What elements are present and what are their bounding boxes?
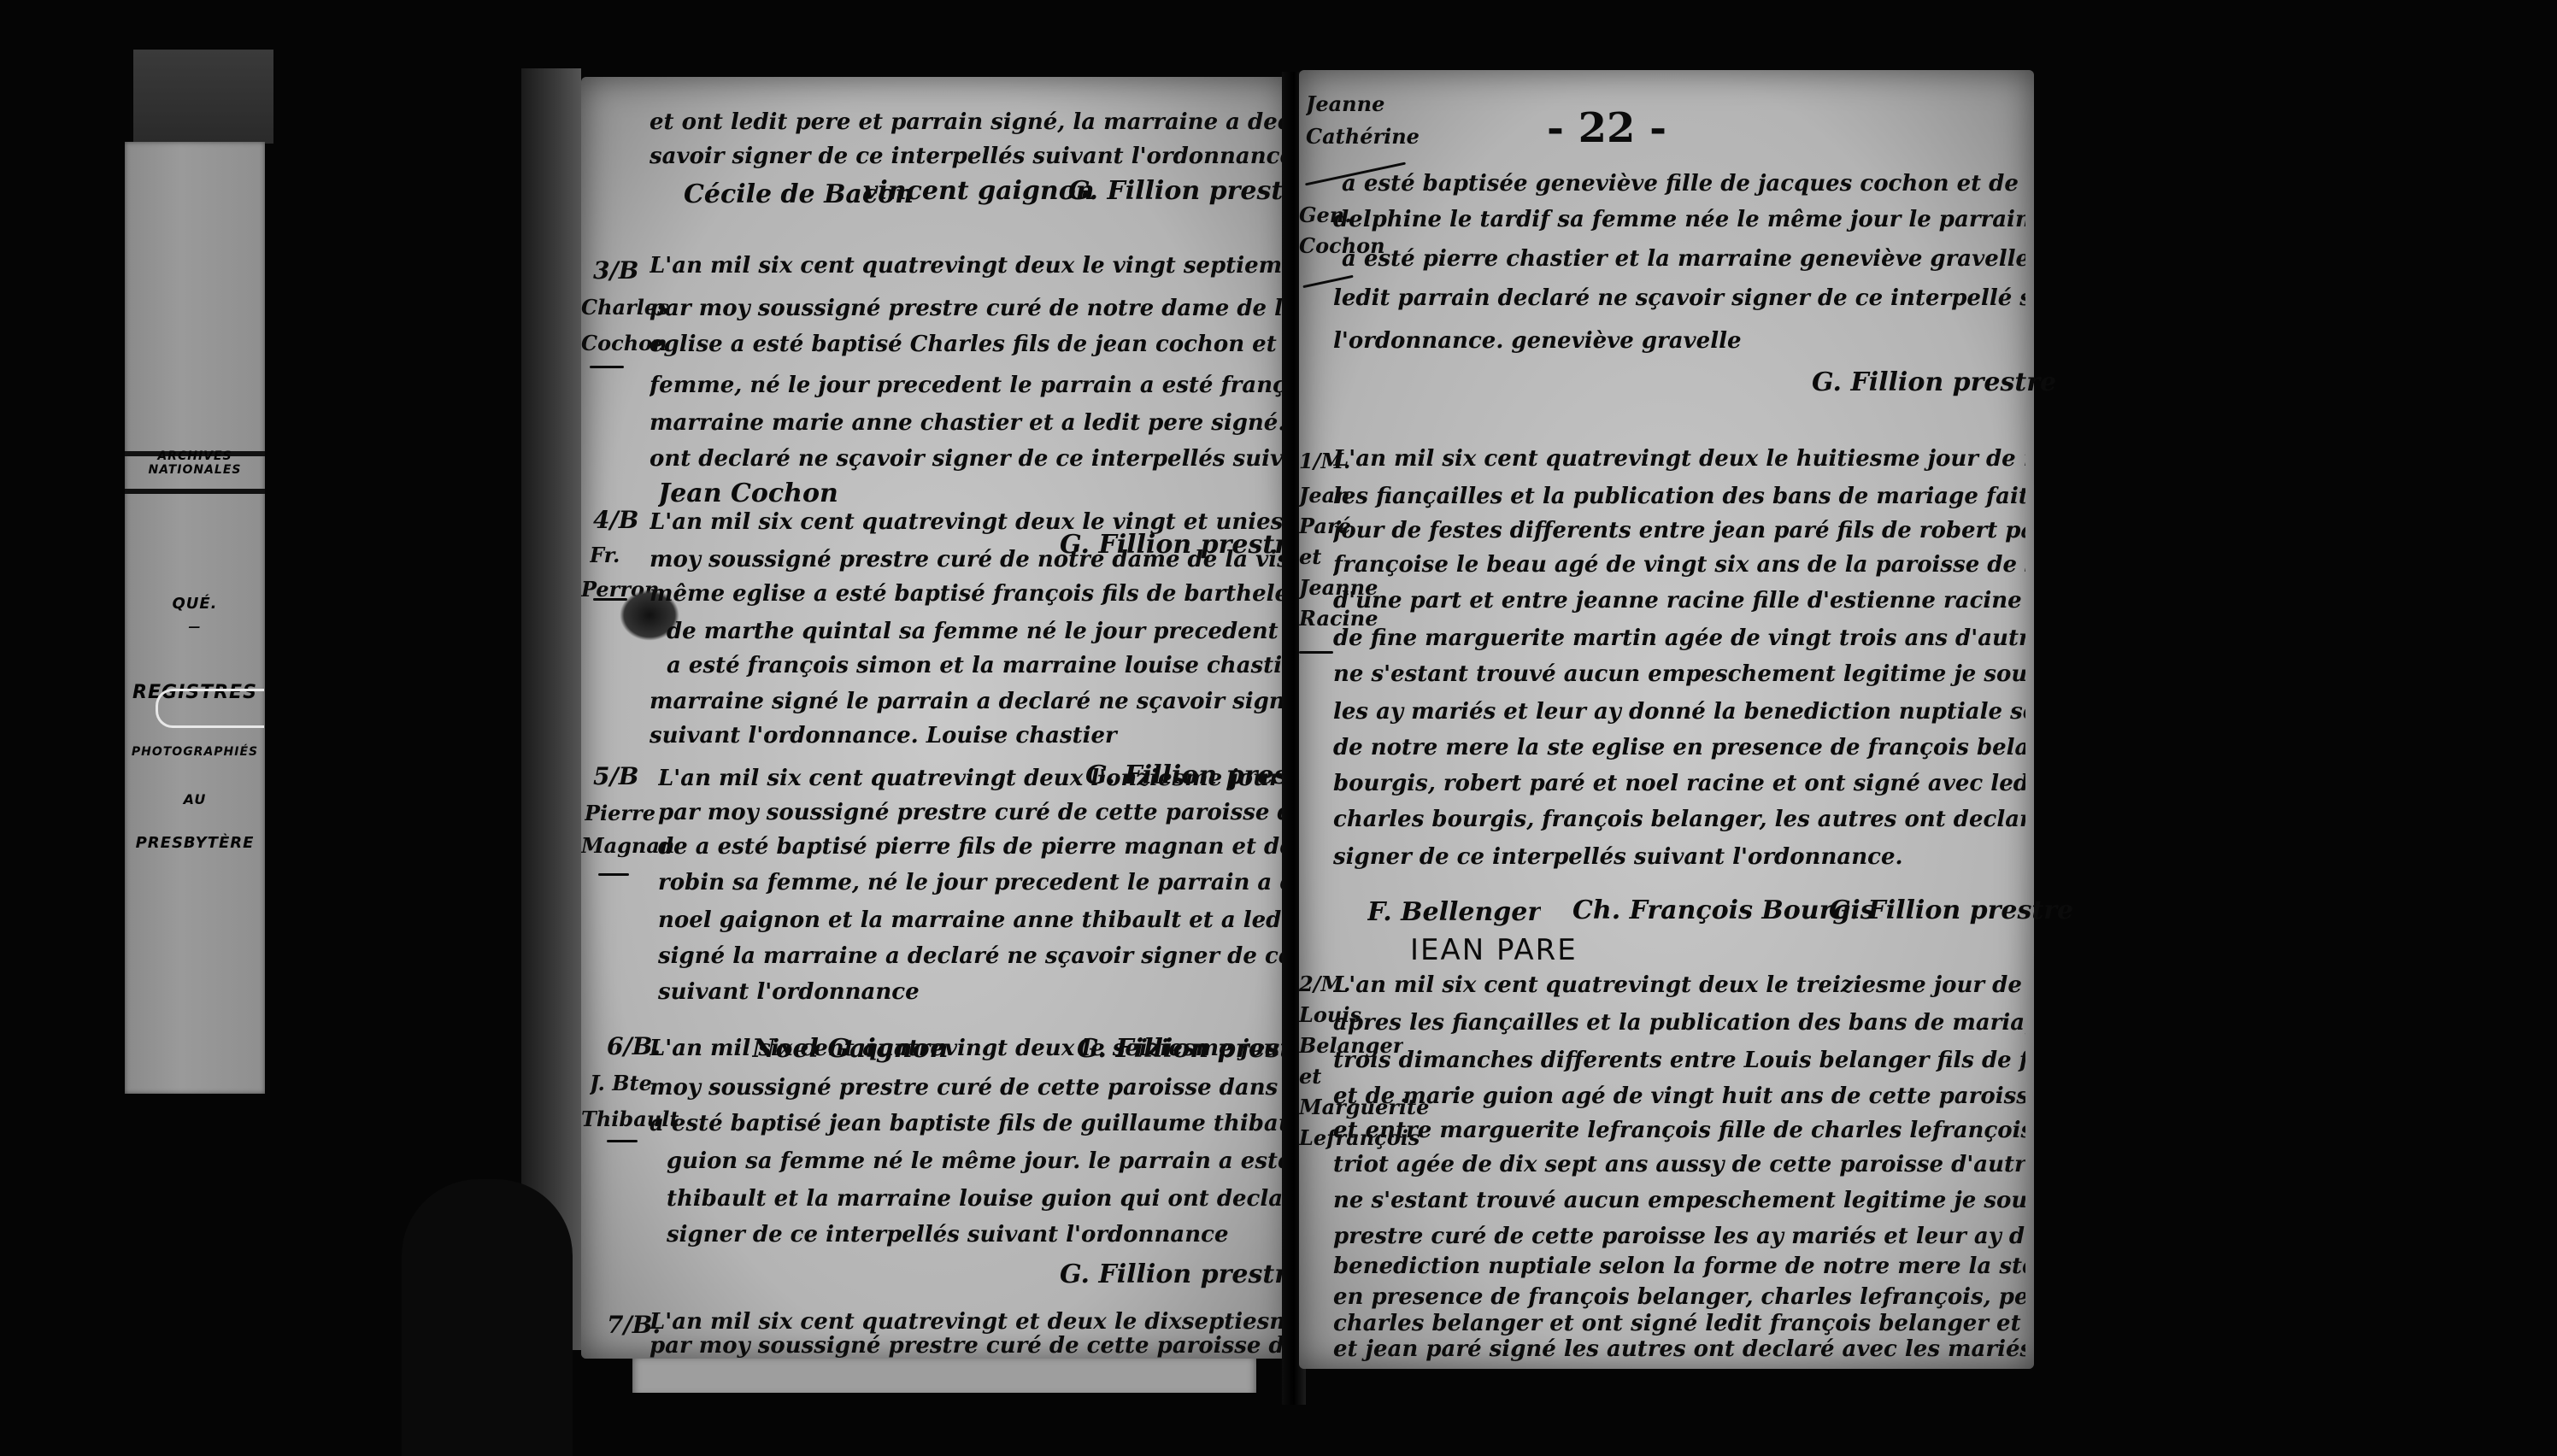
paper-clip-icon: [156, 689, 264, 728]
folio-number: - 22 -: [1547, 104, 1666, 152]
entry-line: robin sa femme, né le jour precedent le …: [658, 861, 1282, 904]
signature: G. Fillion prestre: [1829, 895, 2073, 925]
margin-rule: [607, 1140, 638, 1142]
margin-name: et: [1299, 1060, 1321, 1094]
strip-dash: —: [125, 620, 265, 634]
entry-line: L'an mil six cent quatrevingt deux le vi…: [650, 501, 1282, 543]
entry-line: L'an mil six cent quatrevingt deux le se…: [650, 1027, 1282, 1070]
entry-line: a esté baptisé jean baptiste fils de gui…: [650, 1102, 1282, 1145]
entry-line: ont declaré ne sçavoir signer de ce inte…: [650, 437, 1282, 480]
margin-name: Jeanne: [1306, 87, 1384, 121]
entry-line: charles belanger et ont signé ledit fran…: [1333, 1309, 2025, 1338]
entry-line: L'an mil six cent quatrevingt deux le vi…: [650, 244, 1282, 287]
entry-line: par moy soussigné prestre curé de cette …: [650, 1333, 1282, 1359]
entry-line: même eglise a esté baptisé françois fils…: [650, 572, 1282, 615]
binding-shadow: [402, 1179, 573, 1456]
entry-line: signer de ce interpellés suivant l'ordon…: [667, 1213, 1282, 1256]
margin-rule: [593, 598, 627, 601]
entry-line: charles bourgis, françois belanger, les …: [1333, 798, 2025, 841]
entry-line: apres les fiançailles et la publication …: [1333, 1001, 2025, 1044]
margin-name: et: [1299, 540, 1321, 574]
strip-line-presbytere: PRESBYTÈRE: [125, 834, 265, 852]
margin-name: Pierre: [585, 796, 655, 831]
entry-line: L'an mil six cent quatrevingt deux le tr…: [1333, 964, 2025, 1007]
margin-rule: [1299, 651, 1333, 654]
margin-name: J. Bte: [590, 1066, 652, 1101]
header-line: savoir signer de ce interpellés suivant …: [650, 135, 1302, 178]
entry-line: femme, né le jour precedent le parrain a…: [650, 364, 1282, 407]
signature: G. Fillion prestre: [1812, 367, 2056, 397]
strip-line-photographies: PHOTOGRAPHIÉS: [125, 745, 265, 759]
strip-line-1: ARCHIVES NATIONALES: [125, 449, 265, 477]
entry-line: L'an mil six cent quatrevingt deux le hu…: [1333, 437, 2025, 480]
entry-line: ledit parrain declaré ne sçavoir signer …: [1333, 277, 2025, 320]
entry-line: suivant l'ordonnance. Louise chastier: [650, 714, 1282, 757]
margin-name: Fr.: [590, 538, 620, 572]
entry-line: delphine le tardif sa femme née le même …: [1333, 198, 2025, 241]
entry-line: eglise a esté baptisé Charles fils de je…: [650, 323, 1282, 366]
signature: G. Fillion prestre: [1060, 1259, 1304, 1289]
margin-rule: [590, 366, 624, 368]
strip-line-au: AU: [125, 791, 265, 807]
signature: IEAN PARE: [1410, 933, 1578, 967]
strip-divider: [125, 489, 265, 494]
entry-line: benediction nuptiale selon la forme de n…: [1333, 1251, 2025, 1282]
entry-number: 4/B: [593, 506, 638, 534]
entry-line: d'une part et entre jeanne racine fille …: [1333, 579, 2025, 622]
entry-number: 3/B: [593, 256, 638, 285]
signature: G. Fillion prestre: [1068, 176, 1313, 206]
register-page-left: et ont ledit pere et parrain signé, la m…: [581, 77, 1290, 1359]
entry-line: l'ordonnance. geneviève gravelle: [1333, 320, 2025, 362]
signature: vincent gaignon: [863, 176, 1095, 206]
entry-line: signer de ce interpellés suivant l'ordon…: [1333, 836, 2025, 878]
register-page-right: - 22 - Jeanne Cathérine Gen. Cochon a es…: [1299, 70, 2034, 1369]
signature: F. Bellenger: [1367, 897, 1541, 927]
entry-line: ne s'estant trouvé aucun empeschement le…: [1333, 653, 2025, 696]
book-edge: [521, 68, 581, 1350]
label-strip-header: [133, 50, 273, 144]
strip-line-que: QUÉ.: [125, 595, 265, 613]
margin-name: Cathérine: [1306, 120, 1420, 154]
entry-line: en presence de françois belanger, charle…: [1333, 1282, 2025, 1312]
margin-rule: [598, 873, 629, 876]
entry-line: guion sa femme né le même jour. le parra…: [667, 1140, 1282, 1183]
archive-label-strip: ARCHIVES NATIONALES QUÉ. — REGISTRES PHO…: [125, 142, 265, 1094]
entry-number: 5/B: [593, 762, 638, 790]
entry-line: et jean paré signé les autres ont declar…: [1333, 1335, 2025, 1364]
entry-line: suivant l'ordonnance: [658, 971, 1282, 1013]
entry-line: a esté pierre chastier et la marraine ge…: [1342, 238, 2025, 280]
